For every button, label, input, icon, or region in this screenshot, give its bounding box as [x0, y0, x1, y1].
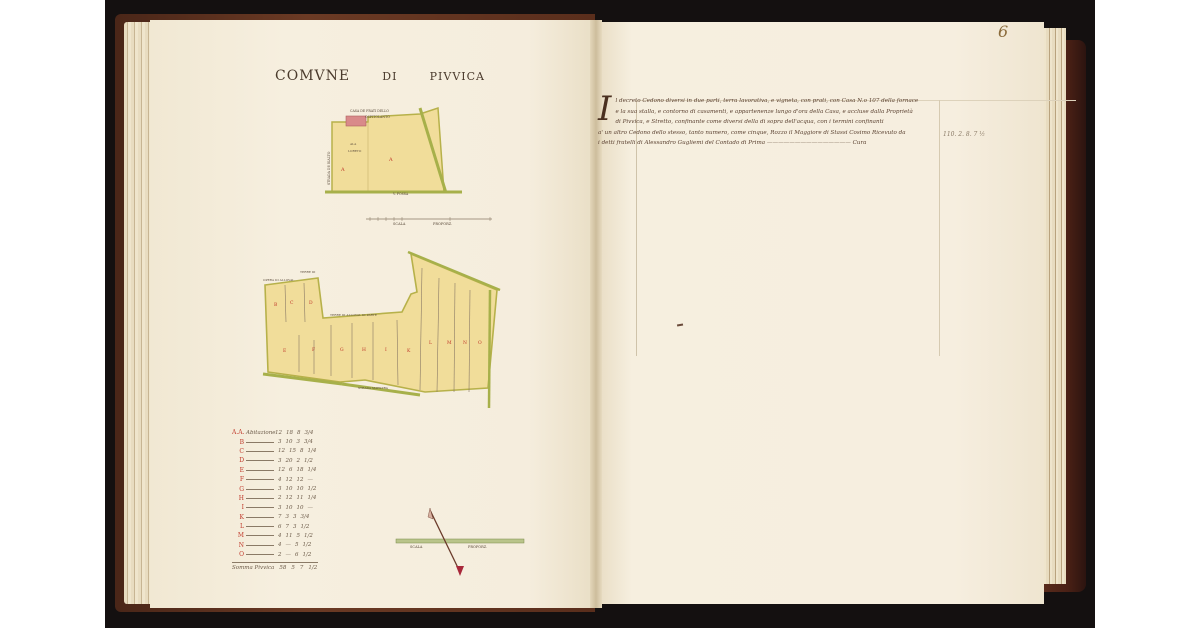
svg-text:TERRE DI ALLOVAL DI PARTE: TERRE DI ALLOVAL DI PARTE [330, 313, 377, 317]
table-row: F41212— [232, 475, 318, 484]
table-row: K7333/4 [232, 513, 318, 522]
folio-number: 6 [998, 22, 1008, 41]
lower-map: BCD EFG HIK LMNO OPERA DI ALLOVAL TERRE … [263, 252, 500, 408]
svg-text:C: C [290, 300, 294, 306]
table-row: M41151/2 [232, 531, 318, 540]
svg-text:STRADA DE RIALTO: STRADA DE RIALTO [327, 151, 331, 185]
svg-text:CASA DE FRATI DELLO: CASA DE FRATI DELLO [350, 109, 389, 113]
text-line: e la sua stalla, e contorno di casamenti… [615, 107, 938, 118]
table-row: N4—51/2 [232, 541, 318, 550]
svg-text:A: A [340, 167, 345, 173]
bottom-scale: SCALA PROFORZ. [396, 539, 524, 549]
svg-text:OSPITOLANTO: OSPITOLANTO [365, 115, 390, 119]
manuscript-entry: I l decreto Cedono diversi in due parti,… [598, 96, 938, 149]
svg-text:STRADA MAESTRA: STRADA MAESTRA [358, 386, 389, 390]
svg-text:N: N [463, 340, 467, 346]
svg-text:V. FOSSA: V. FOSSA [392, 192, 409, 196]
table-row: H212111/4 [232, 494, 318, 503]
table-row: G310101/2 [232, 484, 318, 493]
table-row: C121581/4 [232, 447, 318, 456]
svg-text:LORETO: LORETO [348, 149, 362, 153]
decorated-initial: I [598, 94, 611, 124]
svg-text:SCALA: SCALA [393, 222, 406, 226]
svg-text:H: H [362, 347, 366, 353]
svg-text:ALA: ALA [349, 142, 357, 146]
svg-text:D: D [309, 300, 313, 306]
svg-text:L: L [429, 340, 432, 346]
margin-total: 110. 2. 8. 7 ½ [943, 131, 985, 138]
svg-text:O: O [478, 340, 482, 346]
table-row: A.A. Abitazione 121883/4 [232, 428, 318, 437]
svg-text:SCALA: SCALA [410, 545, 423, 549]
svg-text:E: E [283, 348, 286, 354]
svg-text:I: I [385, 347, 387, 353]
svg-text:G: G [340, 347, 344, 353]
upper-map: CASA DE FRATI DELLO OSPITOLANTO A A ALA … [325, 108, 492, 226]
table-row: L6731/2 [232, 522, 318, 531]
svg-text:PROFORZ.: PROFORZ. [468, 545, 487, 549]
table-row: I31010— [232, 503, 318, 512]
text-line: di Pivvica, e Stretto, confinante come d… [615, 117, 938, 128]
svg-text:TERRE DI: TERRE DI [300, 270, 316, 274]
svg-text:PROFORZ.: PROFORZ. [433, 222, 452, 226]
table-total-row: Somma Pivvica 58571/2 [232, 562, 318, 571]
text-line: l decreto Cedono diversi in due parti, t… [615, 96, 938, 107]
svg-text:F: F [312, 347, 315, 353]
table-row: E126181/4 [232, 466, 318, 475]
parcel-area-table: A.A. Abitazione 121883/4 B31033/4 C12158… [232, 428, 318, 571]
svg-text:M: M [447, 340, 452, 346]
text-line: a' un altro Cedono dello stesso, tanto n… [598, 128, 938, 139]
svg-text:OPERA DI ALLOVAL: OPERA DI ALLOVAL [263, 278, 294, 282]
table-row: D32021/2 [232, 456, 318, 465]
text-line: i detti fratelli di Alessandro Gugliemi … [598, 138, 938, 149]
table-row: B31033/4 [232, 437, 318, 446]
svg-text:A: A [388, 157, 393, 163]
table-row: O2—61/2 [232, 550, 318, 559]
